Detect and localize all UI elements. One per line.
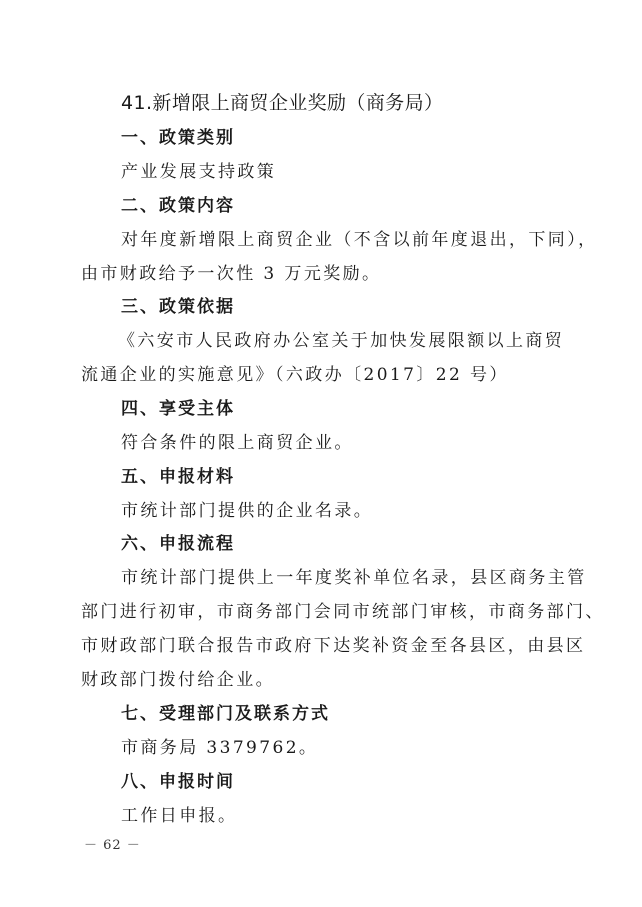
- section-text: 产业发展支持政策: [121, 161, 601, 183]
- section-text: 符合条件的限上商贸企业。: [121, 432, 601, 454]
- section-heading-category: 一、政策类别: [121, 127, 601, 149]
- section-heading-application-time: 八、申报时间: [121, 771, 601, 793]
- document-page: 41.新增限上商贸企业奖励（商务局） 一、政策类别 产业发展支持政策 二、政策内…: [0, 0, 642, 907]
- section-text: 由市财政给予一次性 3 万元奖励。: [81, 263, 561, 285]
- page-number: － 62 －: [84, 834, 141, 853]
- section-text: 工作日申报。: [121, 805, 601, 827]
- section-text: 市统计部门提供上一年度奖补单位名录，县区商务主管: [121, 567, 601, 589]
- section-heading-materials: 五、申报材料: [121, 466, 601, 488]
- section-text: 对年度新增限上商贸企业（不含以前年度退出，下同），: [121, 229, 601, 251]
- section-text: 市商务局 3379762。: [121, 737, 601, 759]
- section-text: 市统计部门提供的企业名录。: [121, 500, 601, 522]
- section-heading-process: 六、申报流程: [121, 533, 601, 555]
- document-title: 41.新增限上商贸企业奖励（商务局）: [121, 92, 601, 114]
- section-heading-content: 二、政策内容: [121, 195, 601, 217]
- section-heading-eligible-subject: 四、享受主体: [121, 398, 601, 420]
- section-text: 市财政部门联合报告市政府下达奖补资金至各县区，由县区: [81, 635, 561, 657]
- section-heading-contact: 七、受理部门及联系方式: [121, 703, 601, 725]
- section-text: 部门进行初审，市商务部门会同市统部门审核，市商务部门、: [81, 601, 561, 623]
- section-text: 流通企业的实施意见》（六政办〔2017〕22 号）: [81, 364, 561, 386]
- section-text: 财政部门拨付给企业。: [81, 669, 561, 691]
- section-text: 《六安市人民政府办公室关于加快发展限额以上商贸: [118, 330, 598, 352]
- section-heading-basis: 三、政策依据: [121, 296, 601, 318]
